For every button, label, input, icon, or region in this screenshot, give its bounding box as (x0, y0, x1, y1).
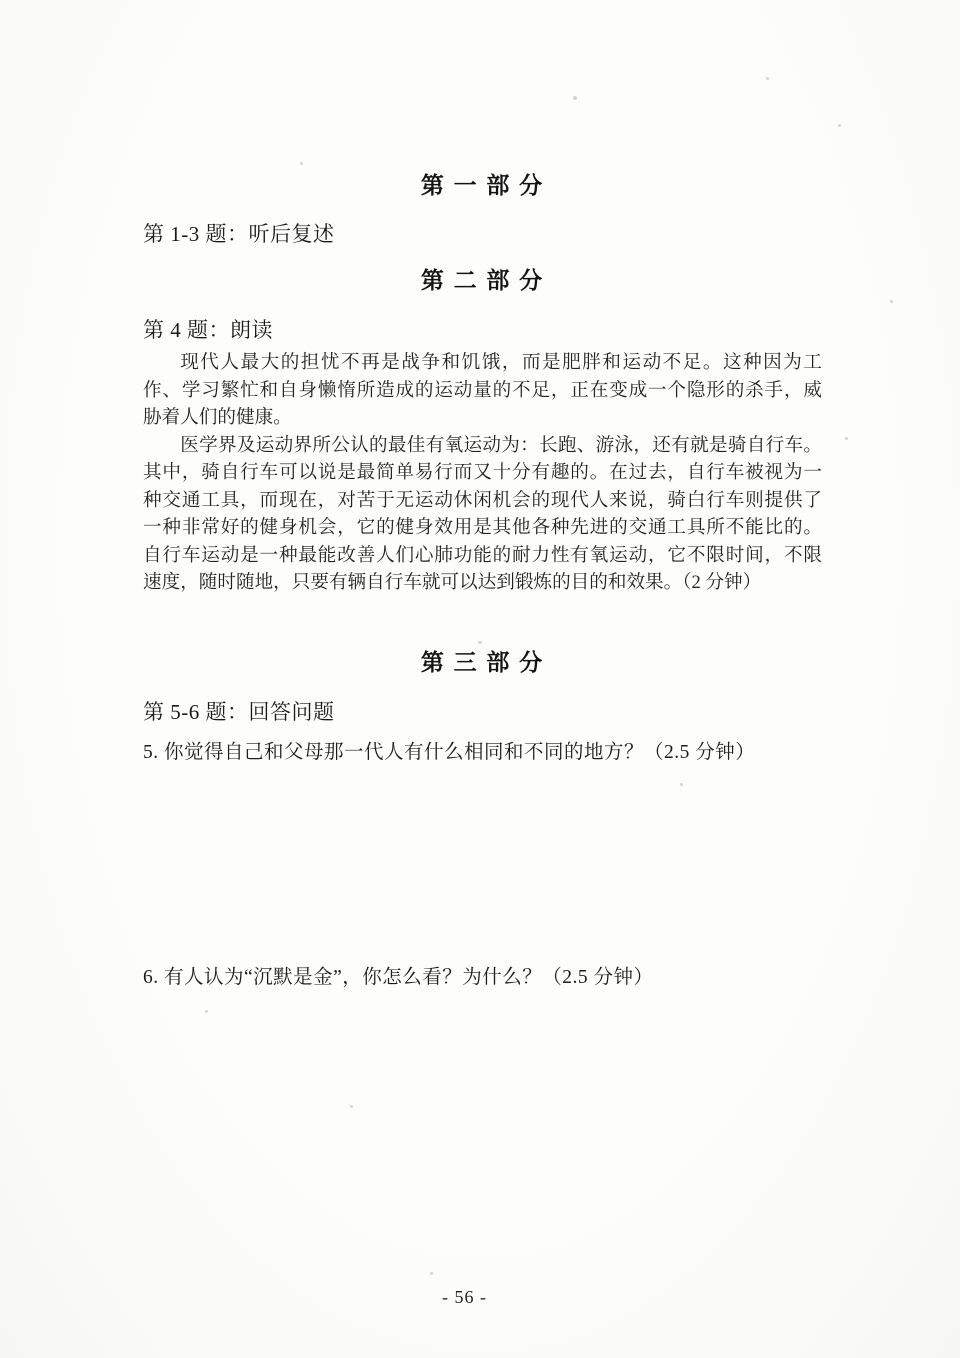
scan-speck (478, 641, 482, 644)
question-5: 5. 你觉得自己和父母那一代人有什么相同和不同的地方？（2.5 分钟） (143, 736, 822, 764)
part1-heading: 第 一 部 分 (143, 167, 822, 200)
passage-line: 医学界及运动界所公认的最佳有氧运动为：长跑、游泳，还有就是骑自行车。 (143, 432, 822, 460)
scan-speck (766, 77, 769, 80)
passage-line: 速度，随时随地，只要有辆自行车就可以达到锻炼的目的和效果。（2 分钟） (143, 569, 822, 597)
scanned-exam-page: 第 一 部 分 第 1-3 题：听后复述 第 二 部 分 第 4 题：朗读 现代… (0, 0, 960, 1358)
part2-task-label: 第 4 题：朗读 (143, 314, 822, 344)
scan-speck (890, 300, 893, 303)
passage-line: 其中，骑自行车可以说是最简单易行而又十分有趣的。在过去，自行车被视为一 (143, 459, 822, 487)
passage-line: 现代人最大的担忧不再是战争和饥饿，而是肥胖和运动不足。这种因为工 (143, 349, 822, 377)
scan-speck (838, 124, 841, 127)
passage-line: 种交通工具，而现在，对苦于无运动休闲机会的现代人来说，骑白行车则提供了 (143, 487, 822, 515)
part3-task-label: 第 5-6 题：回答问题 (143, 696, 822, 726)
reading-passage: 现代人最大的担忧不再是战争和饥饿，而是肥胖和运动不足。这种因为工 作、学习繁忙和… (143, 349, 822, 597)
scan-speck (845, 437, 848, 440)
scan-speck (350, 1105, 353, 1108)
passage-line: 胁着人们的健康。 (143, 404, 822, 432)
scan-speck (205, 1010, 208, 1013)
passage-line: 自行车运动是一种最能改善人们心肺功能的耐力性有氧运动，它不限时间，不限 (143, 542, 822, 570)
scan-speck (573, 96, 577, 100)
scan-speck (300, 162, 303, 165)
passage-line: 作、学习繁忙和自身懒惰所造成的运动量的不足，正在变成一个隐形的杀手，威 (143, 377, 822, 405)
scan-speck (430, 1272, 433, 1275)
part1-task-label: 第 1-3 题：听后复述 (143, 218, 822, 248)
page-number: - 56 - (125, 1287, 804, 1308)
passage-line: 一种非常好的健身机会，它的健身效用是其他各种先进的交通工具所不能比的。 (143, 514, 822, 542)
part2-heading: 第 二 部 分 (143, 262, 822, 295)
scan-speck (680, 783, 683, 786)
question-6: 6. 有人认为“沉默是金”，你怎么看？为什么？（2.5 分钟） (143, 961, 822, 989)
part3-heading: 第 三 部 分 (143, 644, 822, 677)
